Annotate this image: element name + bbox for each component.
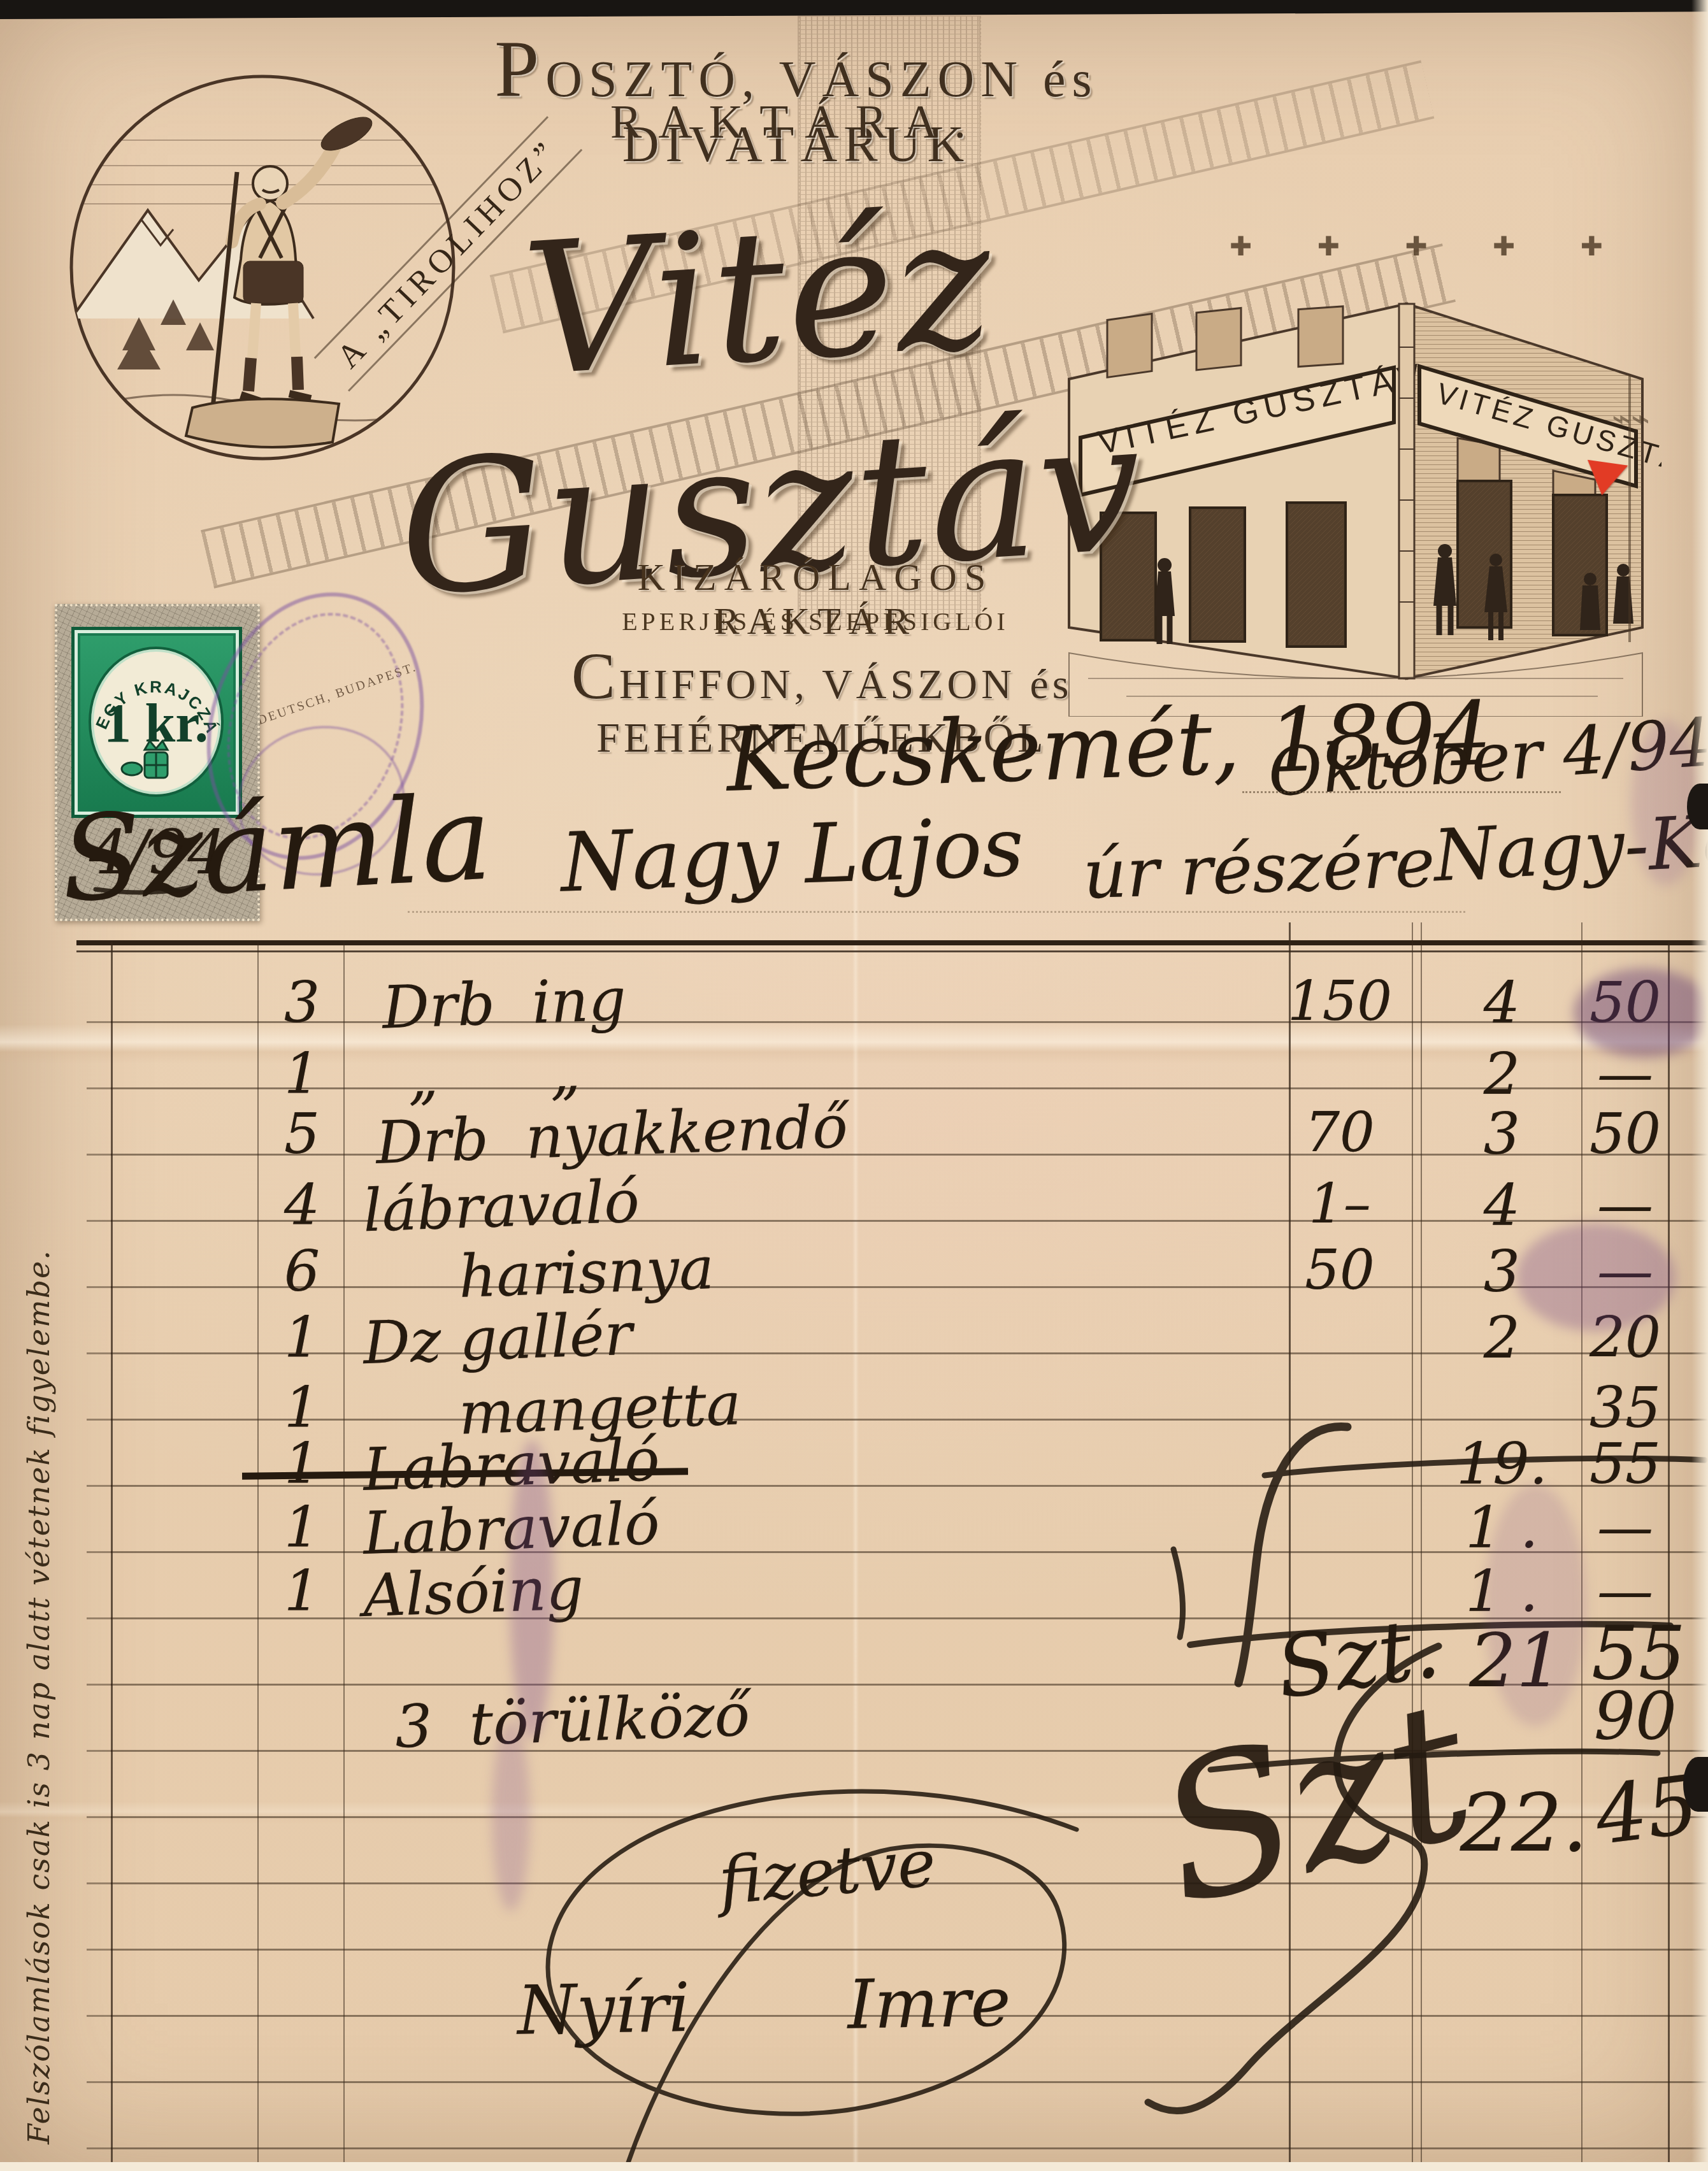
invoice-cell: 1– [1286, 1172, 1394, 1236]
invoice-cell: 6 [257, 1238, 347, 1304]
billing-rule [408, 911, 1465, 913]
word-szamla: Számla [58, 770, 495, 928]
invoice-cell: Drb ing [381, 965, 627, 1042]
added-row-text: 3 törülköző [394, 1680, 750, 1761]
date-rule [1242, 791, 1561, 793]
invoice-cell: 1 [257, 1431, 347, 1496]
edge-tear [1683, 1757, 1708, 1812]
invoice-cell: harisnya [457, 1234, 715, 1311]
signature: Nyíri Imre [517, 1963, 1011, 2049]
customer-phrase: úr részére [1082, 823, 1436, 914]
invoice-cell: 4 [1427, 970, 1577, 1036]
ink-smudge [1484, 1484, 1586, 1726]
invoice-cell: 150 [1286, 970, 1394, 1033]
ink-drip [510, 1440, 554, 1739]
invoice-cell: 3 [1427, 1101, 1577, 1168]
customer-name: Nagy Lajos [559, 799, 1026, 910]
invoice-row: 5Drb nyakkendő70350 [0, 1101, 1708, 1184]
invoice-cell: 70 [1286, 1101, 1394, 1164]
invoice-cell: 19. [1427, 1431, 1577, 1498]
lamp-ornament [1628, 375, 1688, 642]
invoice-cell: lábravaló [362, 1167, 640, 1245]
invoice-document: ✚ ✚ ✚ ✚ ✚ [0, 0, 1708, 2171]
invoice-cell: 1 [257, 1558, 347, 1624]
red-seal-triangle [1583, 460, 1628, 498]
revenue-stamp-center: EGY KRAJCZÁR 1 kr. [89, 647, 224, 797]
invoice-cell: 5 [257, 1101, 347, 1166]
invoice-cell: 2 [1427, 1041, 1577, 1108]
invoice-cell: 1 [257, 1041, 347, 1107]
subtitle-eperjes: EPERJES ÉS SZEPESIGLÓI [586, 606, 1045, 636]
invoice-cell: 4 [1427, 1172, 1577, 1239]
paper-right-edge [1691, 0, 1708, 2171]
invoice-cell: 50 [1286, 1238, 1394, 1302]
edge-tear [1687, 784, 1708, 829]
invoice-cell: Dz gallér [362, 1300, 633, 1378]
added-row-kr: 90 [1588, 1679, 1683, 1755]
ink-smudge [1574, 968, 1708, 1057]
table-top-rule-2 [76, 950, 1708, 952]
grand-total-frt: 22. [1454, 1776, 1594, 1870]
invoice-cell: 50 [1584, 1101, 1667, 1166]
invoice-cell: — [1584, 1494, 1667, 1560]
invoice-cell: 1 [257, 1494, 347, 1560]
invoice-cell: 4 [257, 1172, 347, 1238]
ink-smudge [1516, 1223, 1676, 1331]
margin-note: Felszólamlások csak is 3 nap alatt vétet… [22, 1112, 56, 2144]
table-top-rule [76, 940, 1708, 945]
invoice-cell: 55 [1584, 1431, 1667, 1496]
stamp-denomination: 1 kr. [91, 691, 221, 755]
invoice-cell: 1 [257, 1305, 347, 1370]
invoice-cell: Drb nyakkendő [375, 1093, 849, 1177]
letterhead-title-line2: RAKTÁRA. [510, 96, 1083, 150]
invoice-cell: 3 [257, 970, 347, 1035]
paper-bottom-edge [0, 2162, 1708, 2171]
ink-drip [492, 1720, 530, 1911]
invoice-row: 3Drb ing150450 [0, 970, 1708, 1052]
